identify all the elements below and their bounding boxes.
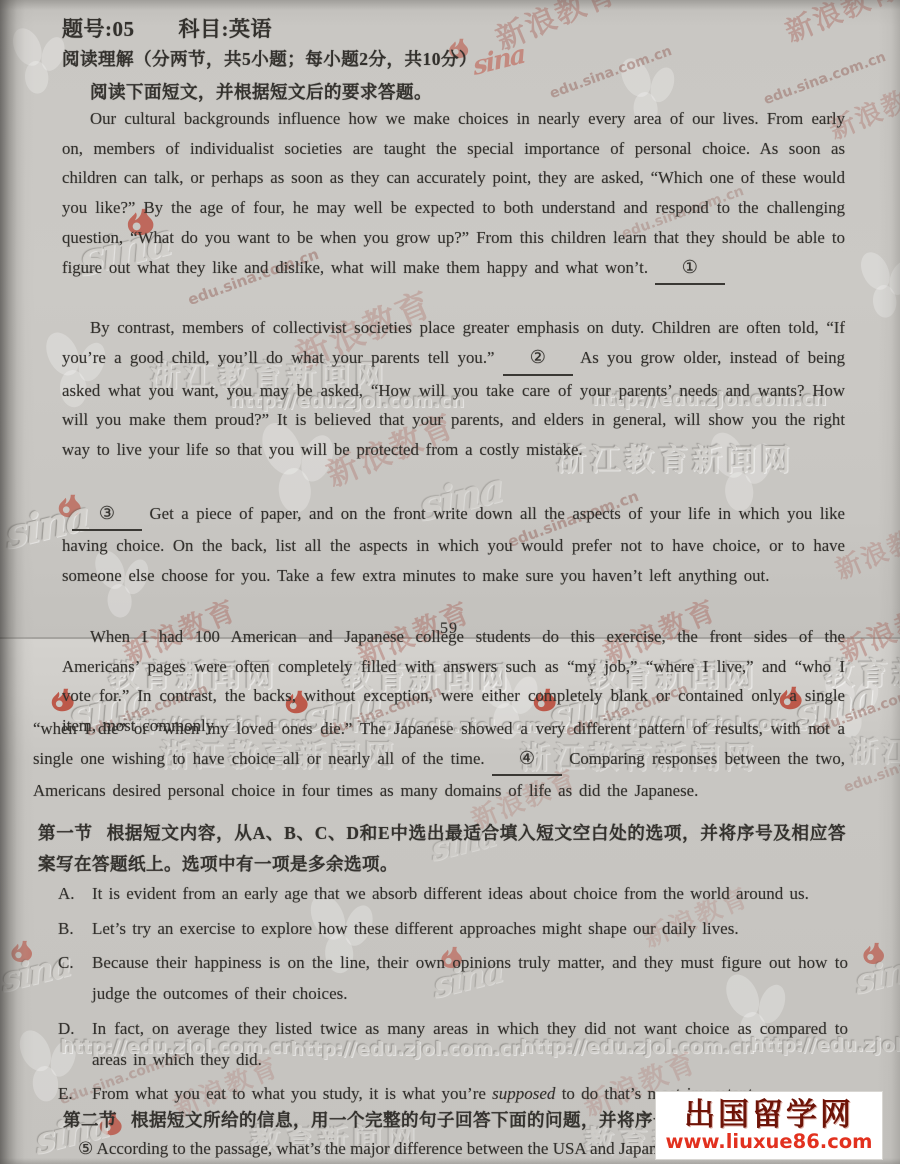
page-number: 59 [440,620,458,638]
passage-page2: “when I die” or “when my loved ones die.… [33,714,845,806]
option-label: C. [58,947,92,978]
scanned-exam-sheet: { "header": { "question_no": "题号:05", "s… [0,0,900,1164]
option-label: A. [58,878,92,909]
option-text: Let’s try an exercise to explore how the… [92,919,739,938]
option-item: D.In fact, on average they listed twice … [58,1013,848,1075]
question-number-label: 题号:05 [62,13,135,43]
liuxue-site-url: www.liuxue86.com [666,1131,873,1152]
section1-label: 第一节 [38,823,93,843]
option-label: D. [58,1013,92,1044]
option-item: B.Let’s try an exercise to explore how t… [58,913,848,944]
option-text: In fact, on average they listed twice as… [92,1019,848,1069]
reading-section-title: 阅读理解（分两节，共5小题；每小题2分，共10分） [62,46,477,71]
section1-text: 根据短文内容，从A、B、C、D和E中选出最适合填入短文空白处的选项，并将序号及相… [38,823,846,874]
page-2-content: “when I die” or “when my loved ones die.… [0,639,900,1164]
option-label: E. [58,1078,92,1109]
passage-paragraph: “when I die” or “when my loved ones die.… [33,714,845,806]
option-item: C.Because their happiness is on the line… [58,947,848,1009]
liuxue-site-name: 出国留学网 [684,1099,854,1132]
answer-blank: ④ [492,744,562,777]
exam-header: 题号:05 科目:英语 [62,13,272,43]
liuxue-logo-box: 出国留学网 www.liuxue86.com [656,1092,882,1159]
passage-paragraph: By contrast, members of collectivist soc… [62,313,845,465]
reading-instruction: 阅读下面短文，并根据短文后的要求答题。 [90,79,432,104]
options-list: A.It is evident from an early age that w… [58,878,848,1113]
option-text: It is evident from an early age that we … [92,884,809,903]
subject-label: 科目:英语 [179,13,273,43]
answer-blank: ② [503,343,573,376]
answer-blank: ① [655,253,725,286]
option-item: A.It is evident from an early age that w… [58,878,848,909]
answer-blank: ③ [72,499,142,532]
section1-block: 第一节根据短文内容，从A、B、C、D和E中选出最适合填入短文空白处的选项，并将序… [38,818,846,880]
option-text: Because their happiness is on the line, … [92,953,848,1003]
option-label: B. [58,913,92,944]
passage-paragraph: Our cultural backgrounds influence how w… [62,104,845,285]
passage-paragraph: ③ Get a piece of paper, and on the front… [62,499,845,591]
section2-label: 第二节 [63,1110,117,1130]
